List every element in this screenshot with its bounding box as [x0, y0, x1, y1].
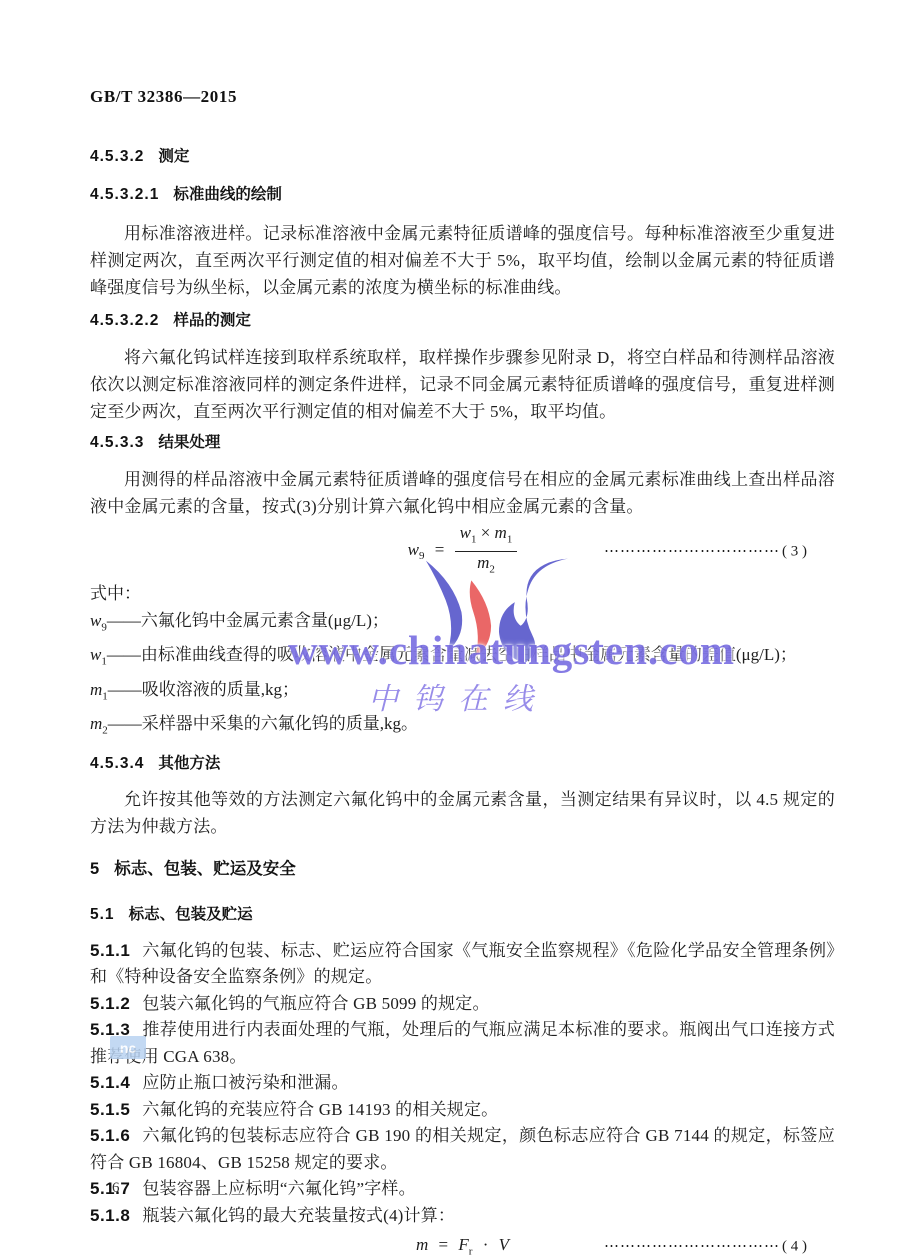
section-heading-4-5-3-3: 4.5.3.3结果处理 — [90, 432, 835, 453]
formula-4: m = Fr · V ⋯⋯⋯⋯⋯⋯⋯⋯⋯⋯⋯( 4 ) — [90, 1232, 835, 1255]
section-heading-4-5-3-2-2: 4.5.3.2.2样品的测定 — [90, 310, 835, 331]
clause-5-1-1: 5.1.1六氟化钨的包装、标志、贮运应符合国家《气瓶安全监察规程》《危险化学品安… — [90, 938, 835, 991]
definition-w1: w1——由标准曲线查得的吸收溶液中金属元素含量减去空白样品中金属元素含量的差值(… — [90, 641, 835, 675]
section-number: 5.1 — [90, 906, 115, 923]
paragraph-sample-measurement: 将六氟化钨试样连接到取样系统取样，取样操作步骤参见附录 D，将空白样品和待测样品… — [90, 344, 835, 425]
formula-4-expression: m = Fr · V — [416, 1235, 509, 1255]
section-heading-4-5-3-4: 4.5.3.4其他方法 — [90, 753, 835, 774]
definition-text: ——由标准曲线查得的吸收溶液中金属元素含量减去空白样品中金属元素含量的差值(μg… — [107, 645, 797, 664]
section-title: 标志、包装、贮运及安全 — [114, 860, 296, 878]
section-heading-4-5-3-2: 4.5.3.2测定 — [90, 146, 835, 167]
clause-5-1-3: 5.1.3推荐使用进行内表面处理的气瓶，处理后的气瓶应满足本标准的要求。瓶阀出气… — [90, 1017, 835, 1070]
variable: w1 — [90, 645, 107, 664]
clause-5-1-7: 5.1.7包装容器上应标明“六氟化钨”字样。 — [90, 1176, 835, 1203]
formula-3-expression: w9 = w1 × m1 m2 — [408, 523, 518, 579]
document-page: GB/T 32386—2015 4.5.3.2测定 4.5.3.2.1标准曲线的… — [0, 0, 911, 1255]
clause-5-1-4: 5.1.4应防止瓶口被污染和泄漏。 — [90, 1070, 835, 1097]
page-number: 6 — [112, 1180, 120, 1197]
clause-5-1-5: 5.1.5六氟化钨的充装应符合 GB 14193 的相关规定。 — [90, 1097, 835, 1124]
definition-w9: w9——六氟化钨中金属元素含量(μg/L)； — [90, 607, 835, 641]
definition-text: ——六氟化钨中金属元素含量(μg/L)； — [107, 611, 389, 630]
section-heading-5: 5标志、包装、贮运及安全 — [90, 858, 835, 880]
formula-3-leader: ⋯⋯⋯⋯⋯⋯⋯⋯⋯⋯⋯( 3 ) — [604, 542, 807, 561]
section-title: 测定 — [158, 148, 189, 165]
definition-m2: m2——采样器中采集的六氟化钨的质量,kg。 — [90, 710, 835, 744]
variable: m1 — [90, 680, 108, 699]
section-title: 其他方法 — [158, 755, 220, 772]
definition-text: ——吸收溶液的质量,kg； — [108, 680, 299, 699]
section-number: 4.5.3.2 — [90, 148, 144, 165]
formula-3: w9 = w1 × m1 m2 ⋯⋯⋯⋯⋯⋯⋯⋯⋯⋯⋯( 3 ) — [90, 528, 835, 574]
paragraph-other-methods: 允许按其他等效的方法测定六氟化钨中的金属元素含量，当测定结果有异议时，以 4.5… — [90, 786, 835, 840]
section-number: 4.5.3.3 — [90, 434, 144, 451]
section-number: 5 — [90, 860, 100, 878]
section-heading-4-5-3-2-1: 4.5.3.2.1标准曲线的绘制 — [90, 184, 835, 205]
clause-5-1-8: 5.1.8瓶装六氟化钨的最大充装量按式(4)计算： — [90, 1203, 835, 1230]
formula-4-leader: ⋯⋯⋯⋯⋯⋯⋯⋯⋯⋯⋯( 4 ) — [604, 1237, 807, 1255]
variable: m2 — [90, 714, 108, 733]
definition-m1: m1——吸收溶液的质量,kg； — [90, 676, 835, 710]
paragraph-standard-curve: 用标准溶液进样。记录标准溶液中金属元素特征质谱峰的强度信号。每种标准溶液至少重复… — [90, 220, 835, 301]
fraction: w1 × m1 m2 — [455, 523, 518, 579]
variable: w9 — [90, 611, 107, 630]
section-title: 结果处理 — [158, 434, 220, 451]
section-heading-5-1: 5.1标志、包装及贮运 — [90, 904, 835, 925]
section-number: 4.5.3.4 — [90, 755, 144, 772]
section-title: 样品的测定 — [173, 312, 251, 329]
definition-text: ——采样器中采集的六氟化钨的质量,kg。 — [108, 714, 418, 733]
standard-number-header: GB/T 32386—2015 — [90, 86, 835, 108]
paragraph-result-processing: 用测得的样品溶液中金属元素特征质谱峰的强度信号在相应的金属元素标准曲线上查出样品… — [90, 466, 835, 520]
section-number: 4.5.3.2.2 — [90, 312, 159, 329]
where-label: 式中： — [90, 580, 835, 607]
section-title: 标准曲线的绘制 — [173, 186, 282, 203]
section-title: 标志、包装及贮运 — [129, 906, 253, 923]
section-number: 4.5.3.2.1 — [90, 186, 159, 203]
clause-5-1-6: 5.1.6六氟化钨的包装标志应符合 GB 190 的相关规定，颜色标志应符合 G… — [90, 1123, 835, 1176]
clause-5-1-2: 5.1.2包装六氟化钨的气瓶应符合 GB 5099 的规定。 — [90, 991, 835, 1018]
